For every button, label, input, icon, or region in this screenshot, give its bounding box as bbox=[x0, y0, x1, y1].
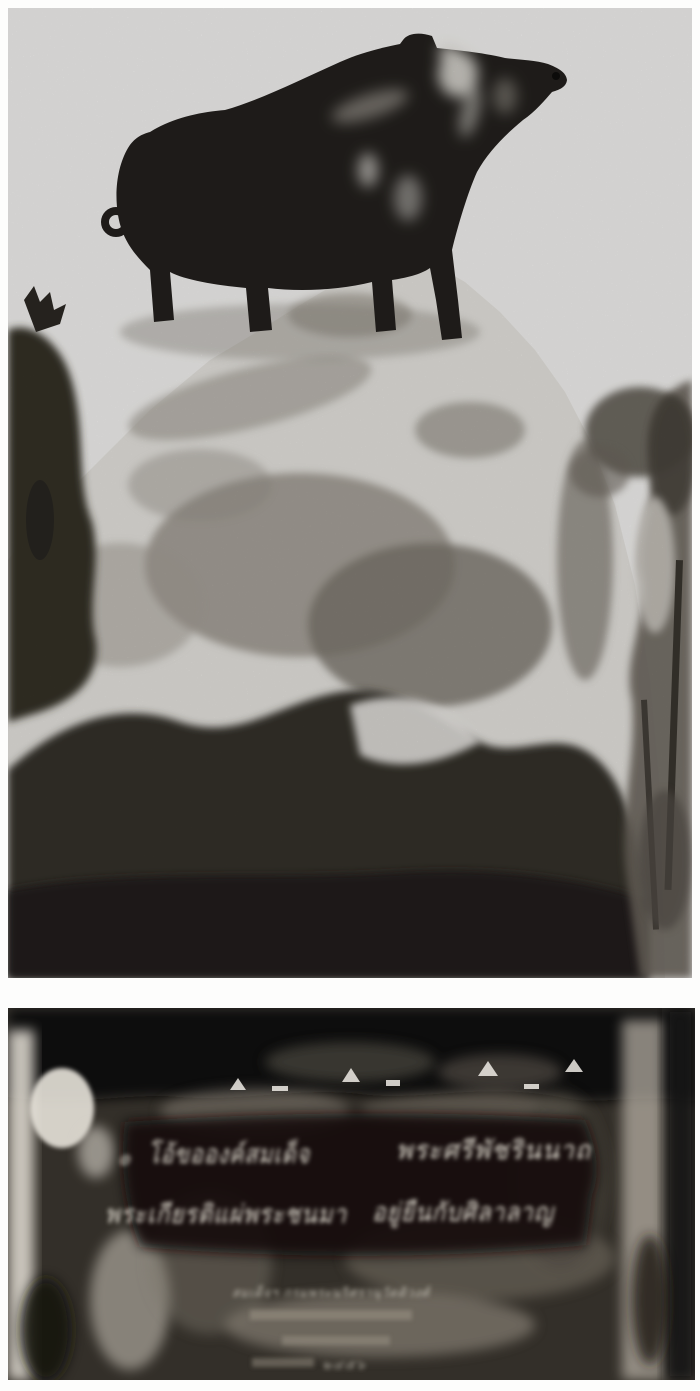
top-photo-svg bbox=[8, 8, 692, 978]
halftone-grain-overlay bbox=[8, 1008, 695, 1380]
scanned-page: ๏ โอ้ขอองค์สมเด็จ พระศรีพัชรินนาถ พระเกี… bbox=[0, 0, 700, 1391]
bottom-photo-inscription-plaque: ๏ โอ้ขอองค์สมเด็จ พระศรีพัชรินนาถ พระเกี… bbox=[8, 1008, 695, 1380]
top-photo-pig-statue-on-rock bbox=[8, 8, 692, 978]
halftone-grain-overlay bbox=[8, 8, 692, 978]
bottom-photo-svg: ๏ โอ้ขอองค์สมเด็จ พระศรีพัชรินนาถ พระเกี… bbox=[8, 1008, 695, 1380]
